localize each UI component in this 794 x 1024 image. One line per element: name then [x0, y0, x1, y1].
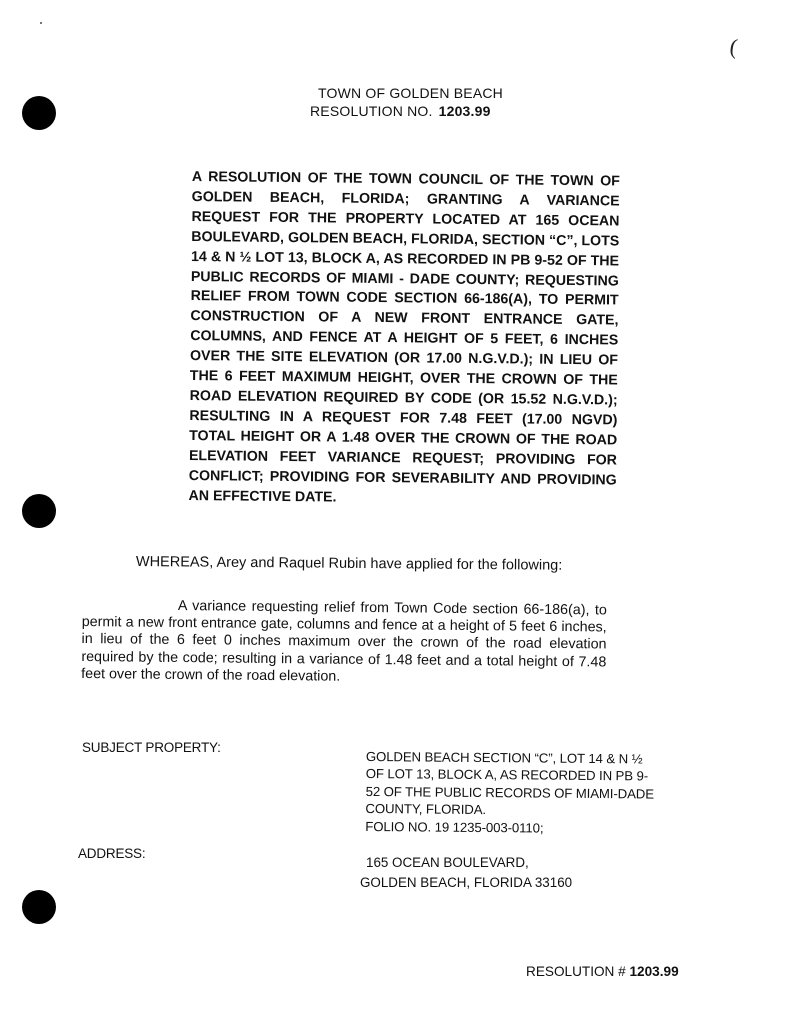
- resolution-summary: A RESOLUTION OF THE TOWN COUNCIL OF THE …: [188, 168, 620, 511]
- whereas-clause: WHEREAS, Arey and Raquel Rubin have appl…: [136, 554, 636, 574]
- punch-hole: [22, 494, 56, 528]
- subject-property-description: GOLDEN BEACH SECTION “C”, LOT 14 & N ½ O…: [365, 748, 726, 838]
- punch-hole: [22, 890, 56, 924]
- footer-resolution: RESOLUTION # 1203.99: [526, 964, 679, 979]
- resolution-label: RESOLUTION NO.: [310, 103, 433, 119]
- footer-number: 1203.99: [630, 964, 679, 979]
- address-value: 165 OCEAN BOULEVARD, GOLDEN BEACH, FLORI…: [360, 853, 572, 893]
- handwritten-mark: (: [728, 34, 739, 61]
- resolution-number: 1203.99: [439, 103, 491, 119]
- scan-speck: [40, 22, 42, 24]
- address-label: ADDRESS:: [78, 846, 145, 861]
- address-line: 165 OCEAN BOULEVARD,: [360, 853, 572, 873]
- town-title: TOWN OF GOLDEN BEACH: [310, 84, 550, 102]
- variance-paragraph: A variance requesting relief from Town C…: [81, 597, 607, 689]
- document-header: TOWN OF GOLDEN BEACH RESOLUTION NO.1203.…: [310, 84, 550, 120]
- subject-property-label: SUBJECT PROPERTY:: [82, 740, 221, 755]
- footer-label: RESOLUTION #: [526, 964, 626, 979]
- address-line: GOLDEN BEACH, FLORIDA 33160: [360, 873, 572, 893]
- folio-number: FOLIO NO. 19 1235-003-0110;: [365, 818, 725, 839]
- document-page: ( TOWN OF GOLDEN BEACH RESOLUTION NO.120…: [0, 0, 794, 1024]
- resolution-heading: RESOLUTION NO.1203.99: [310, 102, 550, 120]
- punch-hole: [22, 96, 56, 130]
